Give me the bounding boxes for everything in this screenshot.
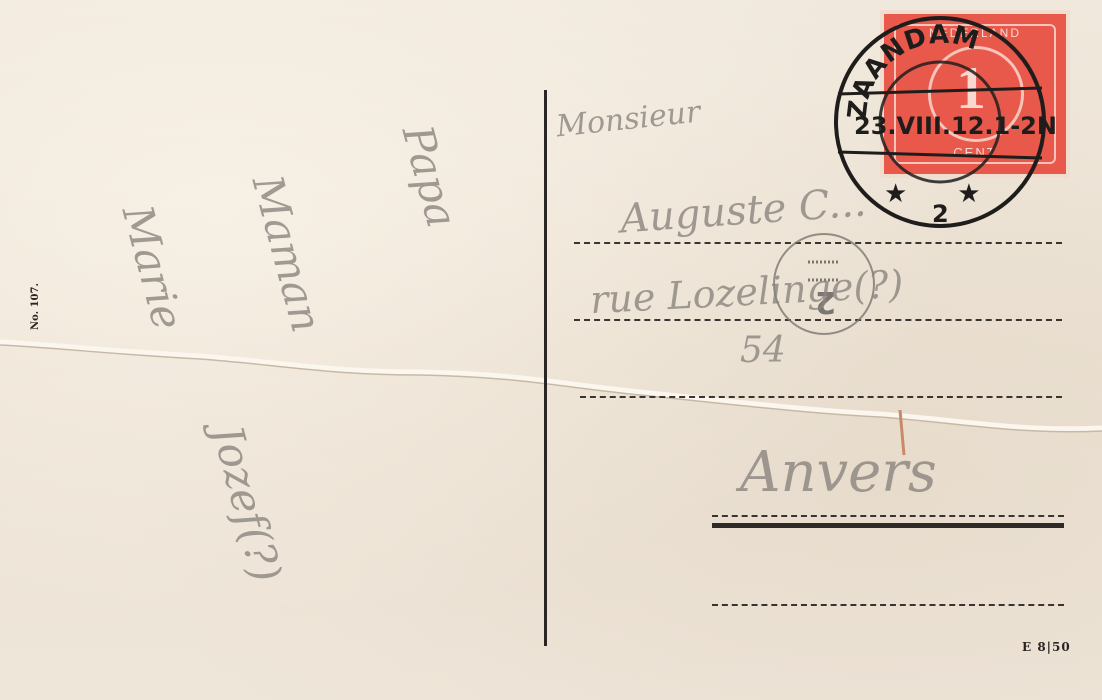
address-line-4 xyxy=(712,515,1064,517)
address-house-number: 54 xyxy=(740,330,786,371)
address-line-2 xyxy=(574,319,1062,321)
city-underline xyxy=(712,523,1064,528)
card-number-label: No. 107. xyxy=(30,283,41,330)
address-street: rue Lozelinge(?) xyxy=(589,262,904,322)
message-line-1: Papa xyxy=(393,120,467,233)
svg-text:2: 2 xyxy=(932,200,949,228)
postage-stamp: NEDERLAND 1 CENT xyxy=(884,14,1066,174)
address-line-1 xyxy=(574,242,1062,244)
postcard-back: No. 107. E 8|50 NEDERLAND 1 CENT ZAANDAM… xyxy=(0,0,1102,700)
address-salutation: Monsieur xyxy=(555,95,702,145)
stamp-value: 1 xyxy=(956,54,986,123)
center-divider-line xyxy=(544,90,547,646)
message-line-4: Jozef(?) xyxy=(203,420,292,587)
message-line-2: Maman xyxy=(243,170,332,337)
address-name: Auguste C... xyxy=(619,179,868,242)
address-line-5 xyxy=(712,604,1064,606)
stamp-country: NEDERLAND xyxy=(884,26,1066,40)
address-city: Anvers xyxy=(740,440,937,505)
address-line-3 xyxy=(580,396,1062,398)
stamp-denomination: CENT xyxy=(884,145,1066,160)
publisher-code: E 8|50 xyxy=(1022,640,1071,654)
message-line-3: Marie xyxy=(113,200,193,335)
svg-text:★★: ★★ xyxy=(884,179,1031,209)
